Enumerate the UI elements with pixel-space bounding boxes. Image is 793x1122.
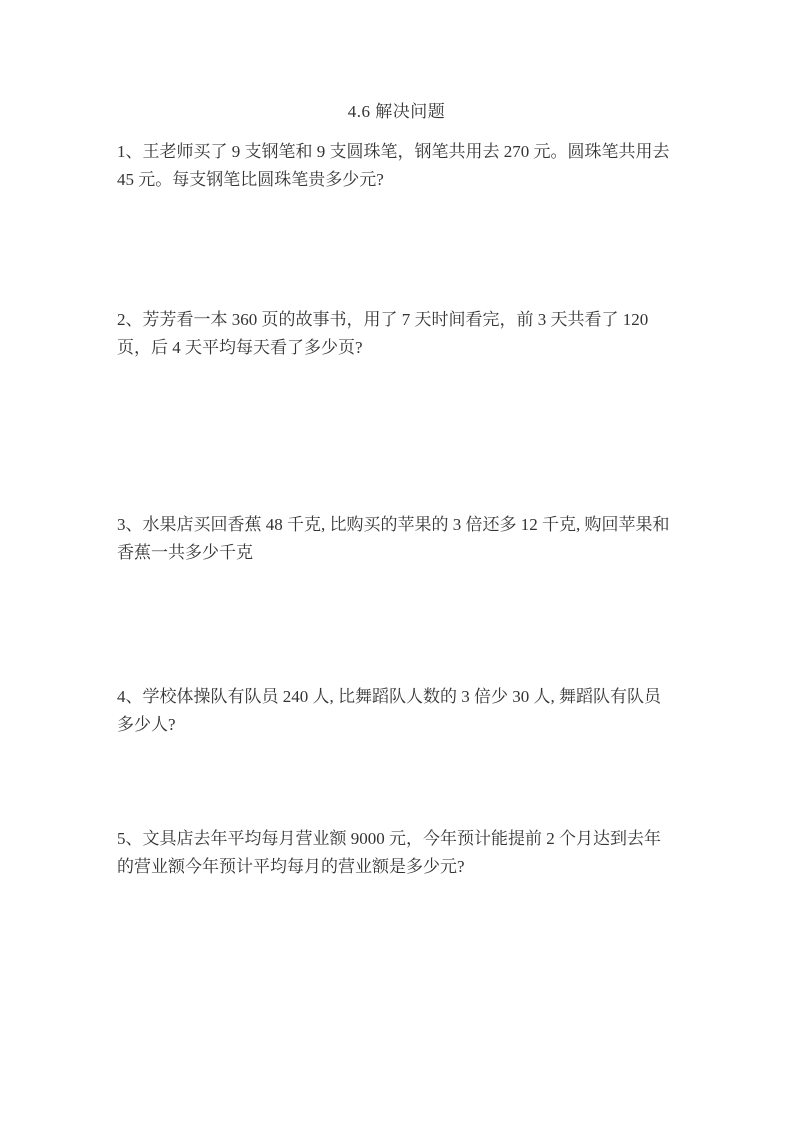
problem-5-number: 5、 — [117, 829, 143, 848]
problem-1-number: 1、 — [117, 142, 143, 161]
problem-4-number: 4、 — [117, 687, 143, 706]
problem-2: 2、芳芳看一本 360 页的故事书，用了 7 天时间看完，前 3 天共看了 12… — [117, 306, 677, 362]
problem-4-text: 学校体操队有队员 240 人, 比舞蹈队人数的 3 倍少 30 人, 舞蹈队有队… — [117, 687, 661, 734]
problem-3: 3、水果店买回香蕉 48 千克, 比购买的苹果的 3 倍还多 12 千克, 购回… — [117, 511, 677, 567]
problem-2-number: 2、 — [117, 310, 143, 329]
problem-3-number: 3、 — [117, 515, 143, 534]
problem-2-text: 芳芳看一本 360 页的故事书，用了 7 天时间看完，前 3 天共看了 120 … — [117, 310, 648, 357]
problem-4: 4、学校体操队有队员 240 人, 比舞蹈队人数的 3 倍少 30 人, 舞蹈队… — [117, 683, 677, 739]
problem-3-text: 水果店买回香蕉 48 千克, 比购买的苹果的 3 倍还多 12 千克, 购回苹果… — [117, 515, 670, 562]
problem-1: 1、王老师买了 9 支钢笔和 9 支圆珠笔，钢笔共用去 270 元。圆珠笔共用去… — [117, 138, 677, 194]
problem-5: 5、文具店去年平均每月营业额 9000 元，今年预计能提前 2 个月达到去年的营… — [117, 825, 677, 881]
problem-1-text: 王老师买了 9 支钢笔和 9 支圆珠笔，钢笔共用去 270 元。圆珠笔共用去 4… — [117, 142, 670, 189]
worksheet-page: 4.6 解决问题 1、王老师买了 9 支钢笔和 9 支圆珠笔，钢笔共用去 270… — [0, 0, 793, 1122]
page-title: 4.6 解决问题 — [0, 98, 793, 126]
problem-5-text: 文具店去年平均每月营业额 9000 元，今年预计能提前 2 个月达到去年的营业额… — [117, 829, 661, 876]
